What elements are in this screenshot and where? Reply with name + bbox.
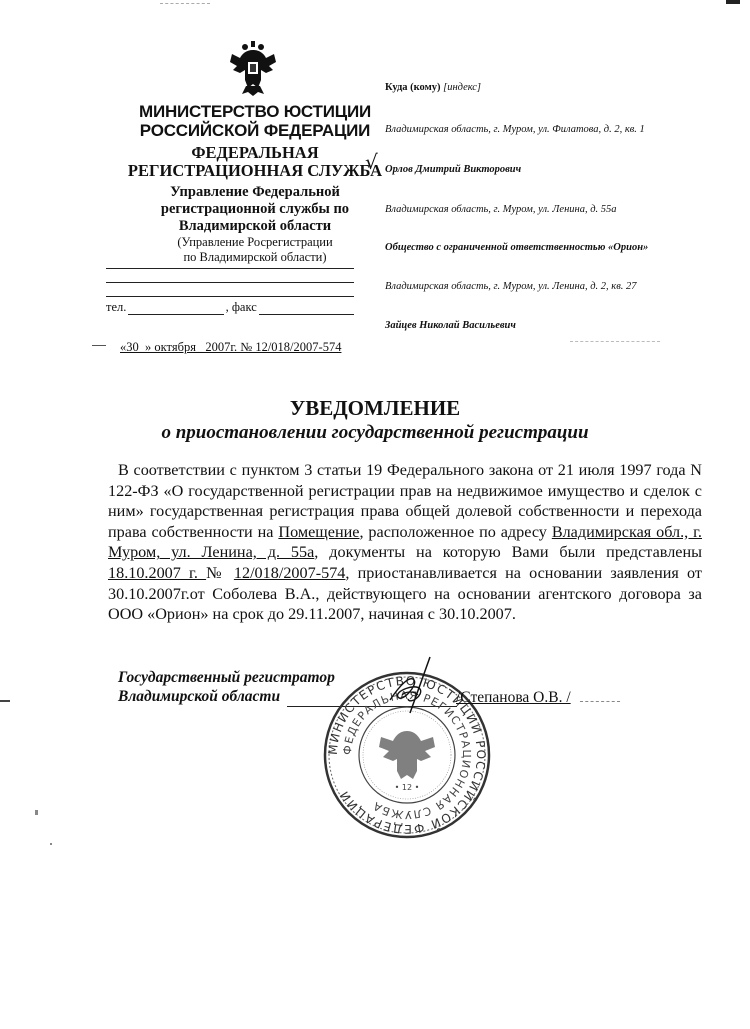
scan-speck [726,0,740,4]
tel-blank [128,302,223,315]
property-object: Помещение [278,523,359,541]
notice-title: УВЕДОМЛЕНИЕ [0,396,750,421]
registrar-name-text: /Степанова О.В. / [456,689,571,706]
service-name: ФЕДЕРАЛЬНАЯ РЕГИСТРАЦИОННАЯ СЛУЖБА [100,144,410,180]
scan-mark [92,345,106,346]
fax-label: , факс [226,300,257,315]
fax-blank [259,302,354,315]
registrar-name: /Степанова О.В. / [456,689,571,707]
dept-line-3: Владимирской области [100,218,410,235]
service-line-1: ФЕДЕРАЛЬНАЯ [100,144,410,162]
scan-mark [0,700,10,702]
recipient-name: Зайцев Николай Васильевич [385,320,516,331]
blank-address-line [106,282,354,283]
ministry-line-2: РОССИЙСКОЙ ФЕДЕРАЦИИ [100,121,410,140]
scan-mark [160,3,210,4]
recipient-address: Владимирская область, г. Муром, ул. Фила… [385,124,645,135]
registrar-title: Государственный регистратор Владимирской… [118,668,335,706]
ministry-name: МИНИСТЕРСТВО ЮСТИЦИИ РОССИЙСКОЙ ФЕДЕРАЦИ… [100,102,410,140]
registrar-title-line-2: Владимирской области [118,687,335,706]
recipient-address: Владимирская область, г. Муром, ул. Лени… [385,281,637,292]
dept-short-line-2: по Владимирской области) [100,250,410,265]
recipient-label: Куда (кому) [индекс] [385,82,481,93]
to-label: Куда (кому) [385,82,440,93]
registrar-title-line-1: Государственный регистратор [118,668,335,687]
scan-speck [35,810,38,815]
service-line-2: РЕГИСТРАЦИОННАЯ СЛУЖБА [100,162,410,180]
notice-body: В соответствии с пунктом 3 статьи 19 Фед… [108,460,702,625]
ministry-line-1: МИНИСТЕРСТВО ЮСТИЦИИ [100,102,410,121]
reference-number: «30_» октября_ 2007г. № 12/018/2007-574 [120,340,341,355]
sender-header: МИНИСТЕРСТВО ЮСТИЦИИ РОССИЙСКОЙ ФЕДЕРАЦИ… [100,102,410,265]
department-short-name: (Управление Росрегистрации по Владимирск… [100,235,410,265]
svg-text:• 12 •: • 12 • [395,783,420,792]
recipient-name: Орлов Дмитрий Викторович [385,164,521,175]
check-mark-icon: √ [365,150,378,174]
recipient-address: Владимирская область, г. Муром, ул. Лени… [385,204,617,215]
registration-number: 12/018/2007-574 [234,564,346,582]
body-text-segment: , документы на которую Вами были предста… [314,543,702,561]
recipient-name: Общество с ограниченной ответственностью… [385,242,648,253]
dept-line-2: регистрационной службы по [100,201,410,218]
handwritten-signature-icon [380,655,450,715]
blank-address-line [106,268,354,269]
index-label: [индекс] [443,82,481,93]
scan-mark [580,701,620,702]
scan-mark [570,341,660,342]
body-text-segment: , расположенное по адресу [359,523,551,541]
dept-line-1: Управление Федеральной [100,184,410,201]
submitted-date: 18.10.2007 г. [108,564,206,582]
tel-label: тел. [106,300,126,315]
notice-subtitle: о приостановлении государственной регист… [0,422,750,444]
double-headed-eagle-icon [228,40,278,96]
department-name: Управление Федеральной регистрационной с… [100,184,410,235]
tel-fax-row: тел. , факс [106,300,356,315]
blank-address-line [106,296,354,297]
dept-short-line-1: (Управление Росрегистрации [100,235,410,250]
body-text-segment: № [206,564,234,582]
scan-speck [50,843,52,845]
